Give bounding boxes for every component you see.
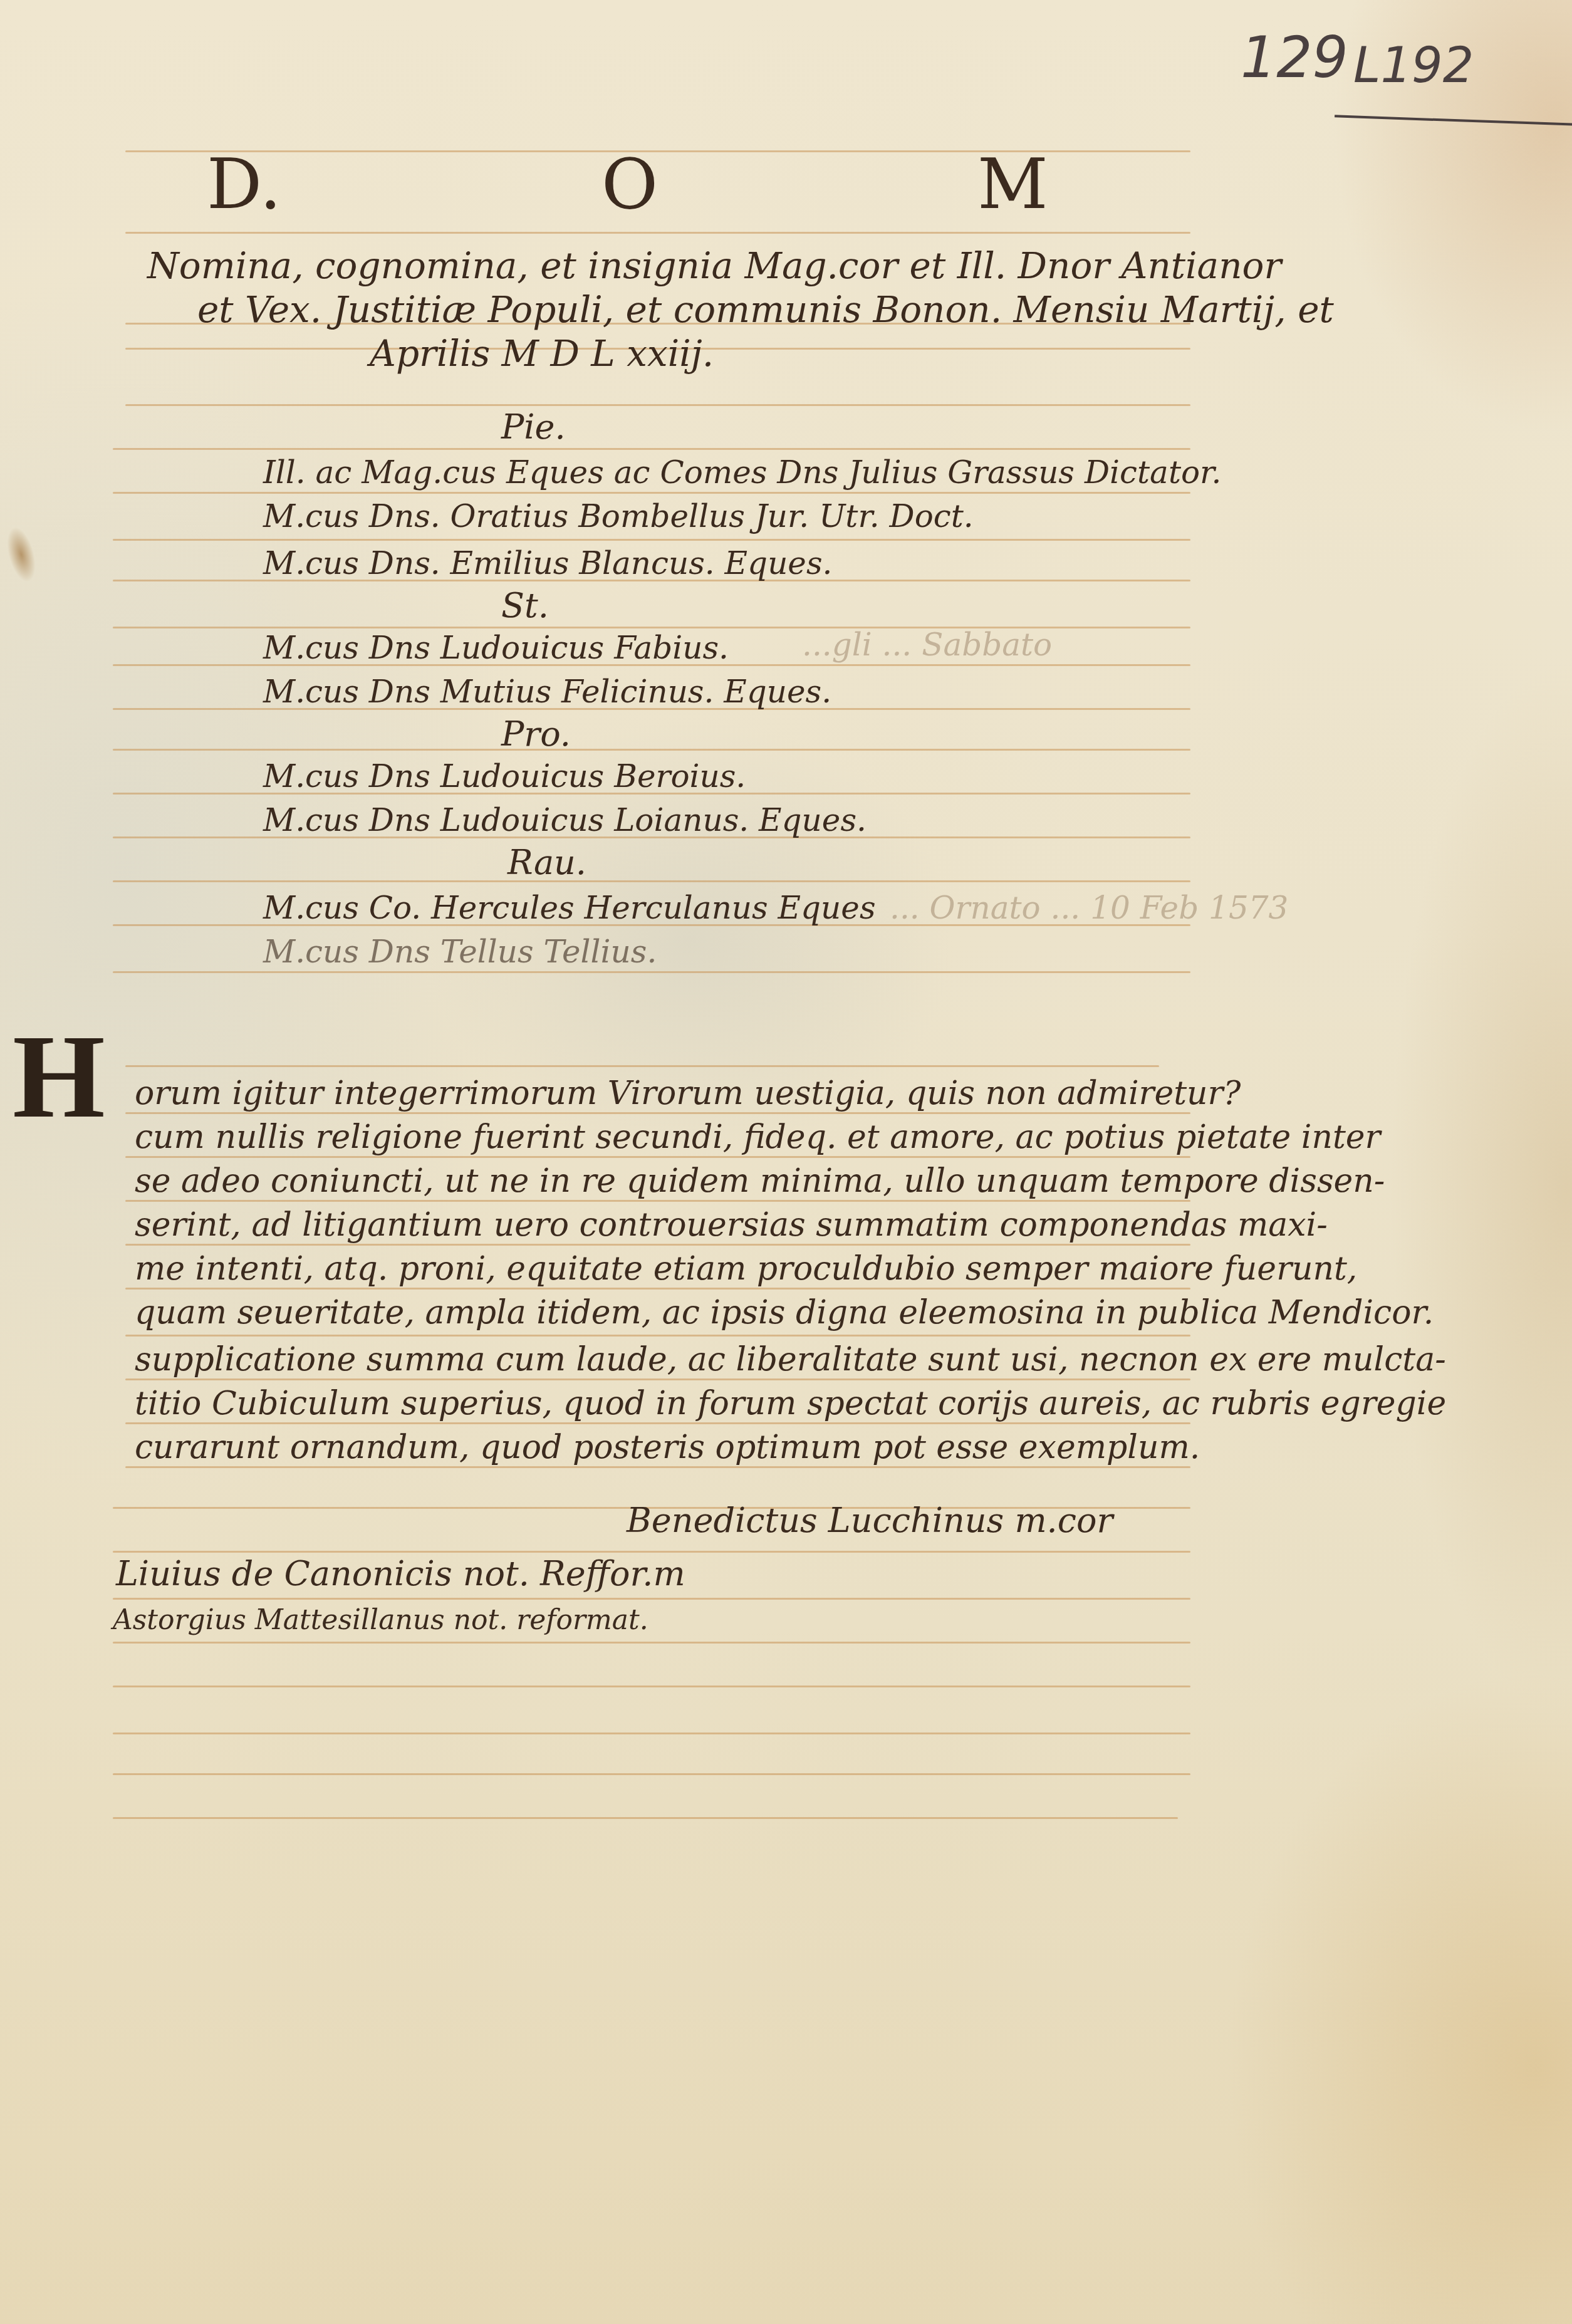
title-line-1: Nomina, cognomina, et insignia Mag.cor e… xyxy=(147,244,1281,287)
paragraph-line: titio Cubiculum superius, quod in forum … xyxy=(135,1385,1446,1422)
paragraph-line: orum igitur integerrimorum Virorum uesti… xyxy=(135,1075,1241,1112)
manuscript-page: 129 L192 xyxy=(0,0,1572,2324)
ink-stain xyxy=(2,524,41,585)
paragraph-line: quam seueritate, ampla itidem, ac ipsis … xyxy=(135,1294,1434,1331)
official-entry: M.cus Dns. Oratius Bombellus Jur. Utr. D… xyxy=(263,498,974,534)
folio-underline xyxy=(1335,115,1572,125)
notary-signature-2: Astorgius Mattesillanus not. reformat. xyxy=(113,1604,648,1636)
faint-marginal-note: ... Ornato ... 10 Feb 1573 xyxy=(890,890,1288,926)
official-entry: M.cus Dns Tellus Tellius. xyxy=(263,934,657,970)
official-entry: M.cus Co. Hercules Herculanus Eques xyxy=(263,890,876,926)
paragraph-line: supplicatione summa cum laude, ac libera… xyxy=(135,1341,1446,1378)
quarter-label: Pro. xyxy=(501,714,571,754)
paragraph-line: cum nullis religione fuerint secundi, fi… xyxy=(135,1118,1380,1156)
faint-marginal-note: ...gli ... Sabbato xyxy=(802,627,1052,663)
official-entry: M.cus Dns. Emilius Blancus. Eques. xyxy=(263,545,832,581)
title-line-3: Aprilis M D L xxiij. xyxy=(370,332,714,375)
paragraph-line: me intenti, atq. proni, equitate etiam p… xyxy=(135,1250,1357,1288)
official-entry: M.cus Dns Ludouicus Beroius. xyxy=(263,758,746,795)
official-entry: Ill. ac Mag.cus Eques ac Comes Dns Juliu… xyxy=(263,454,1221,491)
invocation-m: M xyxy=(977,144,1048,224)
paragraph-line: se adeo coniuncti, ut ne in re quidem mi… xyxy=(135,1162,1385,1200)
folio-alt-number: L192 xyxy=(1353,38,1474,94)
quarter-label: St. xyxy=(501,586,549,625)
scribe-signature: Benedictus Lucchinus m.cor xyxy=(627,1501,1113,1540)
quarter-label: Rau. xyxy=(508,843,586,882)
quarter-label: Pie. xyxy=(501,407,566,447)
official-entry: M.cus Dns Ludouicus Loianus. Eques. xyxy=(263,802,867,838)
paragraph-line: serint, ad litigantium uero controuersia… xyxy=(135,1206,1328,1244)
folio-number: 129 xyxy=(1241,25,1348,91)
notary-signature-1: Liuius de Canonicis not. Reffor.m xyxy=(116,1554,685,1593)
official-entry: M.cus Dns Ludouicus Fabius. xyxy=(263,630,729,666)
invocation-o: O xyxy=(601,144,658,224)
official-entry: M.cus Dns Mutius Felicinus. Eques. xyxy=(263,674,831,710)
drop-cap: H xyxy=(13,1009,105,1145)
title-line-2: et Vex. Justitiæ Populi, et communis Bon… xyxy=(197,288,1334,331)
paragraph-line: curarunt ornandum, quod posteris optimum… xyxy=(135,1429,1200,1466)
invocation-d: D. xyxy=(207,144,281,224)
